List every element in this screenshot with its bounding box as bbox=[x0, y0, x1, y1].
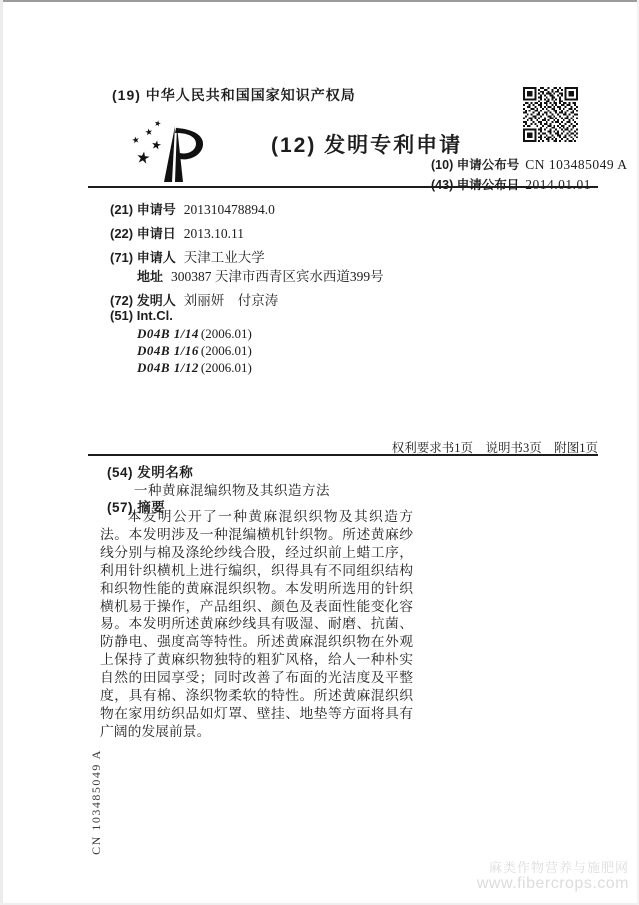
address-row: 地址300387 天津市西青区宾水西道399号 bbox=[137, 265, 384, 285]
logo-star-icon: ★ bbox=[131, 136, 141, 146]
body-divider-rule bbox=[88, 454, 598, 456]
intcl-label: (51) Int.Cl. bbox=[110, 308, 173, 323]
publication-number-value: CN 103485049 A bbox=[525, 157, 627, 172]
watermark-site-name: 麻类作物营养与施肥网 bbox=[477, 861, 629, 875]
side-publication-number: CN 103485049 A bbox=[89, 737, 105, 867]
intcl-entry: D04B 1/16(2006.01) bbox=[137, 343, 252, 359]
applicant-row: (71) 申请人天津工业大学 bbox=[110, 246, 265, 266]
patent-front-page: { "header": { "office": "(19) 中华人民共和国国家知… bbox=[0, 0, 639, 905]
application-number-label: (21) 申请号 bbox=[110, 202, 176, 217]
intcl-version: (2006.01) bbox=[201, 326, 252, 341]
publication-date-label: (43) 申请公布日 bbox=[431, 178, 519, 192]
sipo-logo: ★ ★ ★ ★ ★ bbox=[130, 112, 212, 184]
application-date-row: (22) 申请日2013.10.11 bbox=[110, 223, 244, 242]
intcl-code: D04B 1/14 bbox=[137, 326, 199, 341]
intcl-code: D04B 1/16 bbox=[137, 343, 199, 358]
watermark: 麻类作物营养与施肥网 www.fibercrops.com bbox=[477, 861, 629, 893]
inventors-row: (72) 发明人刘丽妍 付京涛 bbox=[110, 289, 278, 309]
intcl-version: (2006.01) bbox=[201, 343, 252, 358]
applicant-value: 天津工业大学 bbox=[184, 250, 265, 265]
application-number-value: 201310478894.0 bbox=[184, 202, 275, 217]
publication-date-line: (43) 申请公布日2014.01.01 bbox=[431, 175, 627, 195]
application-number-row: (21) 申请号201310478894.0 bbox=[110, 199, 275, 218]
application-date-value: 2013.10.11 bbox=[184, 226, 244, 241]
publication-block: (10) 申请公布号CN 103485049 A (43) 申请公布日2014.… bbox=[431, 155, 627, 195]
invention-title-label: (54) 发明名称 bbox=[107, 461, 193, 481]
intcl-entry: D04B 1/12(2006.01) bbox=[137, 360, 252, 376]
abstract-text: 本发明公开了一种黄麻混织织物及其织造方法。本发明涉及一种混编横机针织物。所述黄麻… bbox=[100, 508, 413, 741]
inventors-value: 刘丽妍 付京涛 bbox=[184, 293, 279, 308]
intcl-row: (51) Int.Cl. bbox=[110, 308, 173, 323]
address-value: 300387 天津市西青区宾水西道399号 bbox=[171, 269, 384, 284]
page-edge-left bbox=[0, 0, 3, 905]
intcl-entry: D04B 1/14(2006.01) bbox=[137, 326, 252, 342]
logo-star-icon: ★ bbox=[150, 138, 163, 152]
logo-star-icon: ★ bbox=[135, 149, 151, 167]
watermark-site-url: www.fibercrops.com bbox=[477, 875, 629, 893]
publication-number-label: (10) 申请公布号 bbox=[431, 158, 519, 172]
page-edge-top bbox=[0, 0, 639, 2]
patent-office-name: (19) 中华人民共和国国家知识产权局 bbox=[112, 85, 356, 105]
qr-code bbox=[523, 87, 578, 142]
qr-code-graphic bbox=[523, 87, 578, 142]
inventors-label: (72) 发明人 bbox=[110, 293, 176, 308]
applicant-label: (71) 申请人 bbox=[110, 250, 176, 265]
address-label: 地址 bbox=[137, 269, 163, 284]
publication-date-value: 2014.01.01 bbox=[525, 177, 591, 192]
intcl-code: D04B 1/12 bbox=[137, 360, 199, 375]
publication-number-line: (10) 申请公布号CN 103485049 A bbox=[431, 155, 627, 175]
application-date-label: (22) 申请日 bbox=[110, 226, 176, 241]
header-divider-rule bbox=[88, 186, 598, 188]
intcl-version: (2006.01) bbox=[201, 360, 252, 375]
